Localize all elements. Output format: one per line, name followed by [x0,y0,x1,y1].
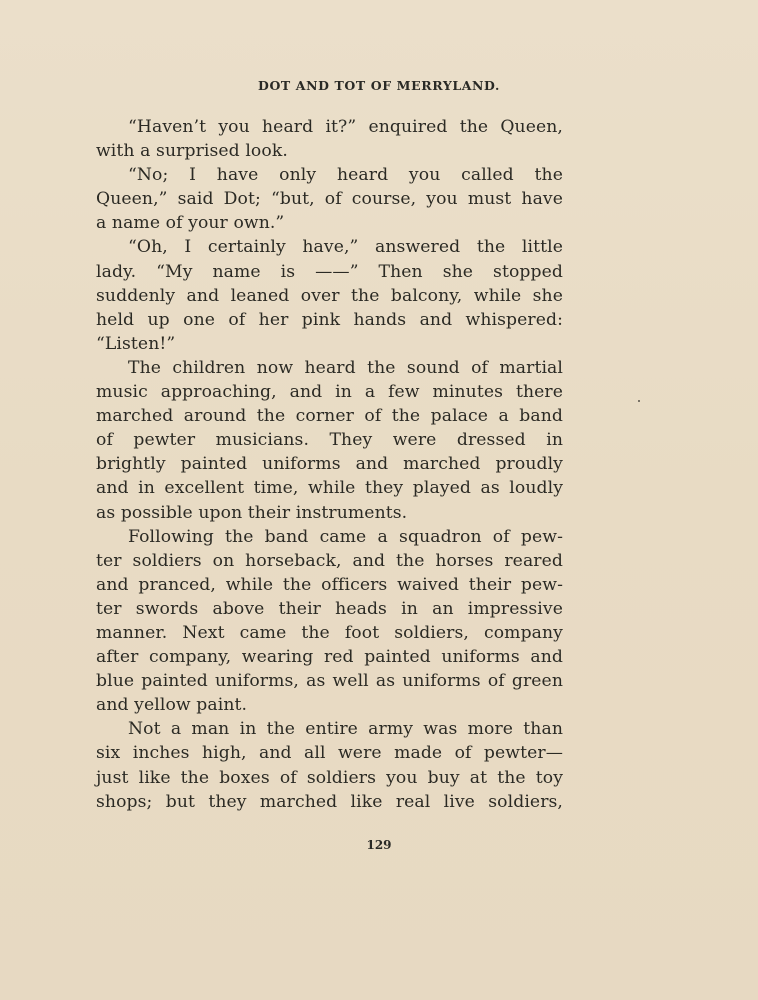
text-line: as possible upon their instruments. [96,501,563,525]
text-line: and yellow paint. [96,693,563,717]
text-line: “No; I have only heard you called the [96,163,563,187]
text-line: “Oh, I certainly have,” answered the lit… [96,235,563,259]
text-line: “Haven’t you heard it?” enquired the Que… [96,115,563,139]
text-line: ter soldiers on horseback, and the horse… [96,549,563,573]
text-line: just like the boxes of soldiers you buy … [96,766,563,790]
text-line: and in excellent time, while they played… [96,476,563,500]
text-line: brightly painted uniforms and marched pr… [96,452,563,476]
text-line: Queen,” said Dot; “but, of course, you m… [96,187,563,211]
text-line: suddenly and leaned over the balcony, wh… [96,284,563,308]
text-line: marched around the corner of the palace … [96,404,563,428]
text-line: Not a man in the entire army was more th… [96,717,563,741]
page-number: 129 [0,838,758,852]
text-line: blue painted uniforms, as well as unifor… [96,669,563,693]
text-line: The children now heard the sound of mart… [96,356,563,380]
text-line: manner. Next came the foot soldiers, com… [96,621,563,645]
book-page: DOT AND TOT OF MERRYLAND. “Haven’t you h… [0,0,758,1000]
text-line: six inches high, and all were made of pe… [96,741,563,765]
body-text: “Haven’t you heard it?” enquired the Que… [96,115,563,814]
text-line: shops; but they marched like real live s… [96,790,563,814]
text-line: ter swords above their heads in an impre… [96,597,563,621]
text-line: and pranced, while the officers waived t… [96,573,563,597]
text-line: held up one of her pink hands and whispe… [96,308,563,332]
text-line: a name of your own.” [96,211,563,235]
text-line: Following the band came a squadron of pe… [96,525,563,549]
text-line: of pewter musicians. They were dressed i… [96,428,563,452]
paper-speck [638,400,640,402]
text-line: with a surprised look. [96,139,563,163]
text-line: after company, wearing red painted unifo… [96,645,563,669]
text-line: music approaching, and in a few minutes … [96,380,563,404]
text-line: lady. “My name is ——” Then she stopped [96,260,563,284]
running-head: DOT AND TOT OF MERRYLAND. [0,78,758,93]
text-line: “Listen!” [96,332,563,356]
